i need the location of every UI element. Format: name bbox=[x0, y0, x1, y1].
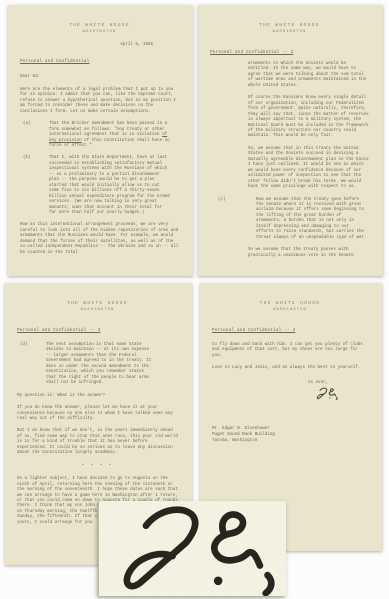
page-3-paragraph-2: If you do know the answer, please let me… bbox=[17, 406, 178, 422]
letterhead-line-2: WASHINGTON bbox=[210, 30, 369, 34]
assumption-a-pre: That the Bricker Amendment has been pass… bbox=[49, 122, 167, 137]
page-1-last-paragraph: Now as this international arrangement pr… bbox=[20, 223, 179, 256]
signature-d-stroke bbox=[317, 388, 326, 398]
question-line: My question is: What is the answer? bbox=[17, 394, 178, 399]
letterhead-line-2: WASHINGTON bbox=[212, 308, 368, 312]
letterhead-line-2: WASHINGTON bbox=[17, 308, 178, 312]
intro-paragraph: Here are the elements of a legal problem… bbox=[20, 88, 179, 115]
signature-e-stroke bbox=[329, 389, 335, 396]
page-2-paragraph-1: armaments to which the Soviets would be … bbox=[248, 62, 369, 89]
assumption-d-label: (d) bbox=[17, 343, 46, 387]
letterhead: THE WHITE HOUSE WASHINGTON bbox=[20, 23, 179, 34]
de-signature-large-ink bbox=[99, 501, 286, 596]
letterhead-line-1: THE WHITE HOUSE bbox=[210, 23, 369, 28]
page-2-paragraph-4: So we assume that the treaty passes with… bbox=[248, 248, 369, 259]
de-signature-small-ink bbox=[314, 387, 340, 400]
assumption-b-label: (b) bbox=[20, 156, 49, 216]
salutation: Dear Ed: bbox=[20, 75, 179, 80]
recipient-city: Tacoma, Washington bbox=[212, 438, 368, 444]
signature-e-stroke bbox=[214, 515, 260, 566]
confidential-heading: Personal and Confidential bbox=[20, 59, 179, 64]
page-2-content: THE WHITE HOUSE WASHINGTON Personal and … bbox=[198, 5, 383, 259]
page-3-paragraph-3: But I do know that if we don't, in the y… bbox=[17, 429, 178, 456]
page-4-paragraph-1: to fly down and back with him. I can get… bbox=[212, 343, 368, 359]
letterhead-line-2: WASHINGTON bbox=[20, 30, 179, 34]
date-line: April 5, 1956 bbox=[20, 43, 179, 48]
signature-period bbox=[329, 398, 330, 399]
assumption-c: (c) Now we assume that the treaty goes b… bbox=[210, 198, 369, 242]
page-4-content: THE WHITE HOUSE WASHINGTON Personal and … bbox=[200, 283, 382, 445]
page-1-content: THE WHITE HOUSE WASHINGTON April 5, 1956… bbox=[8, 5, 193, 256]
letterhead-line-1: THE WHITE HOUSE bbox=[17, 301, 178, 306]
assumption-c-label: (c) bbox=[210, 198, 256, 242]
assumption-a: (a) That the Bricker Amendment has been … bbox=[20, 122, 179, 149]
letterhead: THE WHITE HOUSE WASHINGTON bbox=[212, 301, 368, 312]
assumption-d-text: The next assumption is that some State d… bbox=[46, 343, 178, 387]
signature-d-stroke bbox=[127, 510, 195, 587]
asterisk-separator: * * * * bbox=[17, 465, 178, 470]
signature-comma bbox=[336, 397, 337, 399]
signature-closeup-card bbox=[98, 501, 286, 596]
page-3-content: THE WHITE HOUSE WASHINGTON Personal and … bbox=[5, 283, 192, 526]
letter-page-2: THE WHITE HOUSE WASHINGTON Personal and … bbox=[198, 5, 383, 276]
letterhead: THE WHITE HOUSE WASHINGTON bbox=[210, 23, 369, 34]
signature-comma bbox=[266, 575, 272, 593]
page-3-heading: Personal and Confidential -- 3 bbox=[17, 328, 178, 333]
closing-line: As ever, bbox=[308, 381, 368, 386]
signature-period bbox=[214, 577, 223, 586]
assumption-b: (b) That I, with the State Department, h… bbox=[20, 156, 179, 216]
assumption-c-text: Now we assume that the treaty goes befor… bbox=[256, 198, 369, 242]
page-2-paragraph-3: So, we assume that in this treaty the Un… bbox=[248, 147, 369, 191]
assumption-a-label: (a) bbox=[20, 122, 49, 149]
letterhead: THE WHITE HOUSE WASHINGTON bbox=[17, 301, 178, 312]
de-signature-small bbox=[314, 387, 368, 400]
assumption-a-text: That the Bricker Amendment has been pass… bbox=[49, 122, 179, 149]
recipient-address: Mr. Edgar N. Eisenhower Puget Sound Bank… bbox=[212, 426, 368, 444]
assumption-b-text: That I, with the State Department, have … bbox=[49, 156, 179, 216]
letter-photo-collage: THE WHITE HOUSE WASHINGTON April 5, 1956… bbox=[0, 0, 389, 599]
letterhead-line-1: THE WHITE HOUSE bbox=[212, 301, 368, 306]
page-4-heading: Personal and Confidential -- 4 bbox=[212, 328, 368, 333]
letterhead-line-1: THE WHITE HOUSE bbox=[20, 23, 179, 28]
page-2-heading: Personal and Confidential -- 2 bbox=[210, 50, 369, 55]
letter-page-1: THE WHITE HOUSE WASHINGTON April 5, 1956… bbox=[8, 5, 193, 276]
assumption-d: (d) The next assumption is that some Sta… bbox=[17, 343, 178, 387]
page-4-paragraph-2: Love to Lucy and Janis, and as always th… bbox=[212, 366, 368, 371]
page-2-paragraph-2: Of course the Russians know every single… bbox=[248, 96, 369, 140]
